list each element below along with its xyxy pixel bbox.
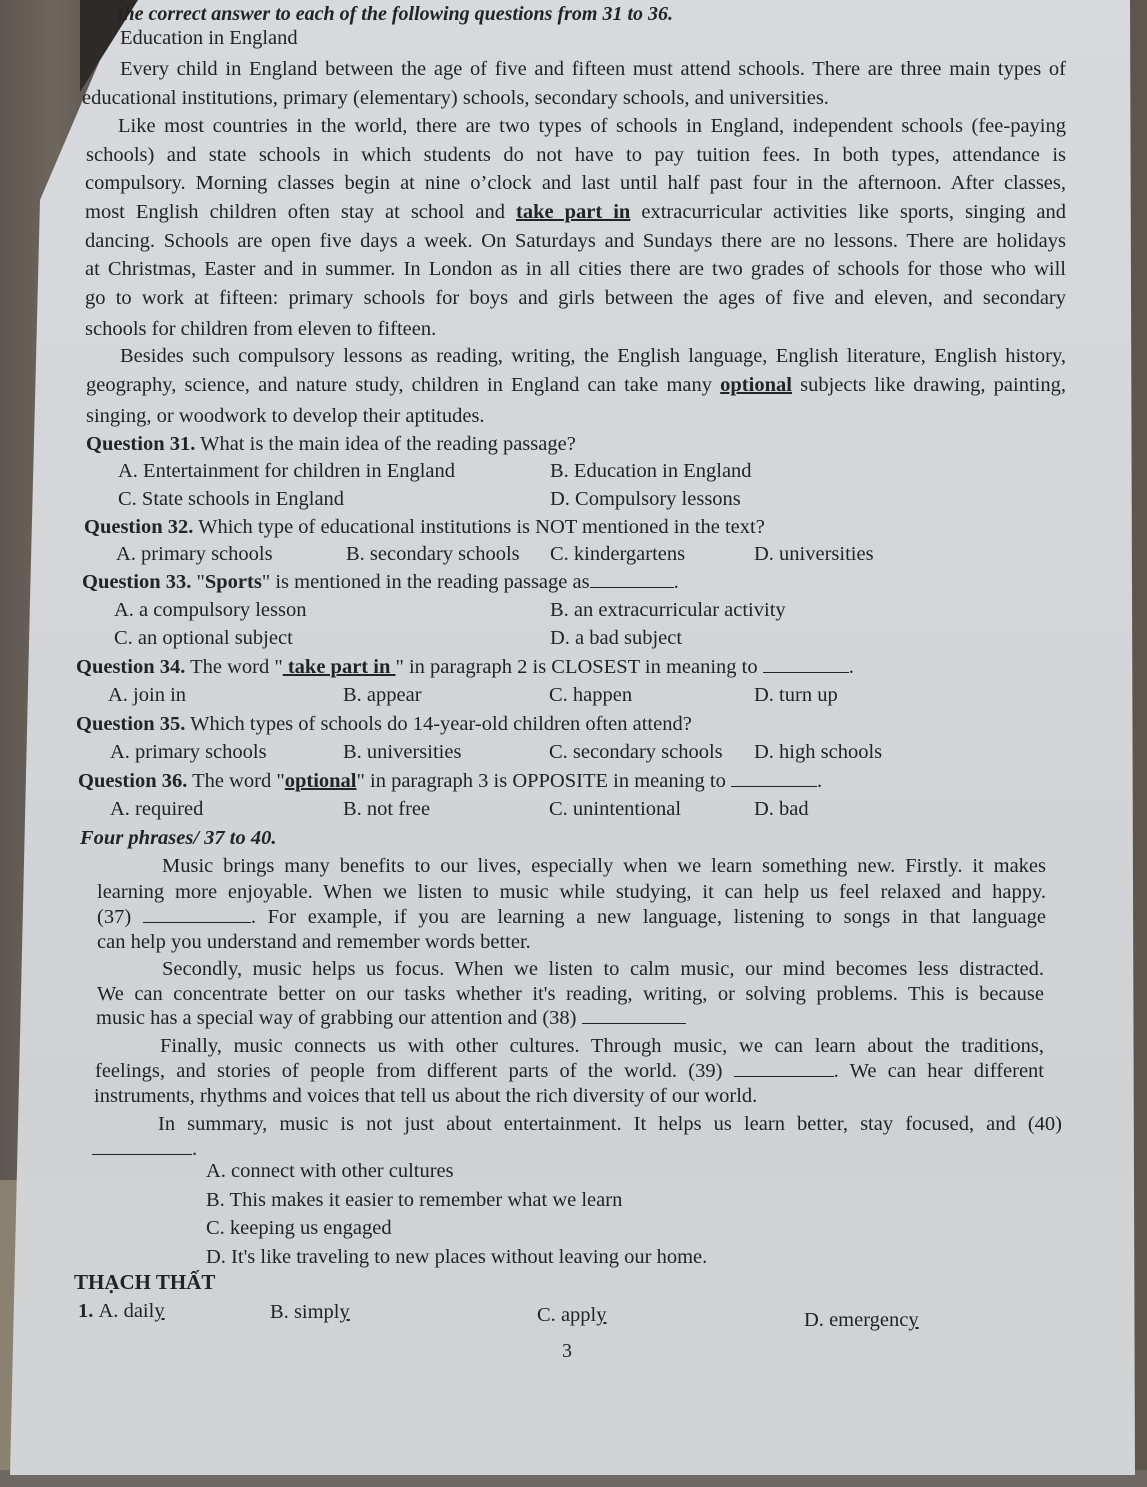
s2-line-38: music has a special way of grabbing our …: [96, 1006, 686, 1030]
s2-line: Music brings many benefits to our lives,…: [162, 854, 1046, 878]
question-31: Question 31. What is the main idea of th…: [86, 432, 576, 456]
optional-underlined: optional: [720, 374, 792, 396]
q33-option-c[interactable]: C. an optional subject: [114, 626, 293, 650]
q31-option-a[interactable]: A. Entertainment for children in England: [118, 459, 455, 483]
q33-option-d[interactable]: D. a bad subject: [550, 626, 682, 650]
blank-38[interactable]: [582, 1007, 686, 1024]
q34-option-a[interactable]: A. join in: [108, 683, 186, 707]
section3-title: THẠCH THẤT: [74, 1270, 215, 1294]
answer-blank: [590, 571, 674, 588]
s3-q1-option-b[interactable]: B. simply: [270, 1300, 350, 1324]
p2-line: compulsory. Morning classes begin at nin…: [85, 171, 1066, 195]
p1-line: educational institutions, primary (eleme…: [82, 86, 829, 110]
p2-line: dancing. Schools are open five days a we…: [85, 229, 1066, 253]
q36-option-a[interactable]: A. required: [110, 797, 203, 821]
blank-39[interactable]: [734, 1060, 834, 1077]
answer-blank: [763, 656, 849, 673]
s3-q1-option-c[interactable]: C. apply: [537, 1303, 606, 1327]
q34-option-b[interactable]: B. appear: [343, 683, 422, 707]
q36-option-c[interactable]: C. unintentional: [549, 797, 681, 821]
p3-line: singing, or woodwork to develop their ap…: [86, 404, 485, 428]
blank-40[interactable]: [92, 1138, 192, 1155]
s2-line: can help you understand and remember wor…: [97, 930, 531, 954]
s2-option-b[interactable]: B. This makes it easier to remember what…: [206, 1188, 622, 1212]
q31-option-c[interactable]: C. State schools in England: [118, 487, 344, 511]
s2-line: In summary, music is not just about ente…: [158, 1112, 1062, 1136]
p1-line: Every child in England between the age o…: [120, 57, 1066, 81]
q36-option-b[interactable]: B. not free: [343, 797, 430, 821]
page-number: 3: [562, 1340, 572, 1363]
question-34: Question 34. The word " take part in " i…: [76, 655, 854, 679]
q35-option-b[interactable]: B. universities: [343, 740, 461, 764]
s3-q1-option-d[interactable]: D. emergency: [804, 1308, 919, 1332]
q31-option-b[interactable]: B. Education in England: [550, 459, 752, 483]
question-33: Question 33. "Sports" is mentioned in th…: [82, 570, 679, 594]
q34-option-c[interactable]: C. happen: [549, 683, 632, 707]
question-36: Question 36. The word "optional" in para…: [78, 769, 822, 793]
s2-line-37: (37) . For example, if you are learning …: [97, 905, 1046, 929]
p3-line-optional: geography, science, and nature study, ch…: [86, 373, 1066, 397]
p2-line: schools) and state schools in which stud…: [86, 143, 1066, 167]
q36-option-d[interactable]: D. bad: [754, 797, 809, 821]
question-32: Question 32. Which type of educational i…: [84, 515, 765, 539]
q31-option-d[interactable]: D. Compulsory lessons: [550, 487, 741, 511]
blank-37[interactable]: [143, 906, 251, 923]
header-instruction: the correct answer to each of the follow…: [118, 2, 673, 26]
s2-option-a[interactable]: A. connect with other cultures: [206, 1159, 454, 1183]
s2-line: learning more enjoyable. When we listen …: [97, 880, 1046, 904]
q32-option-b[interactable]: B. secondary schools: [346, 542, 520, 566]
q34-option-d[interactable]: D. turn up: [754, 683, 838, 707]
section2-title: Four phrases/ 37 to 40.: [80, 826, 277, 850]
p2-line: schools for children from eleven to fift…: [85, 317, 436, 341]
answer-blank: [731, 770, 817, 787]
s3-q1-option-a[interactable]: 1. A. daily: [78, 1299, 165, 1323]
q32-option-a[interactable]: A. primary schools: [116, 542, 273, 566]
take-part-in-underlined: take part in: [516, 201, 630, 223]
q35-option-d[interactable]: D. high schools: [754, 740, 882, 764]
s2-line: We can concentrate better on our tasks w…: [97, 982, 1044, 1006]
q32-option-c[interactable]: C. kindergartens: [550, 542, 685, 566]
s2-line: Secondly, music helps us focus. When we …: [162, 957, 1044, 981]
s2-option-c[interactable]: C. keeping us engaged: [206, 1216, 392, 1240]
s2-line: Finally, music connects us with other cu…: [160, 1034, 1044, 1058]
p2-line: go to work at fifteen: primary schools f…: [85, 286, 1066, 310]
q35-option-c[interactable]: C. secondary schools: [549, 740, 723, 764]
q35-option-a[interactable]: A. primary schools: [110, 740, 267, 764]
p2-line-take-part-in: most English children often stay at scho…: [85, 200, 1066, 224]
passage-title: Education in England: [120, 26, 298, 50]
q33-option-a[interactable]: A. a compulsory lesson: [114, 598, 306, 622]
p3-line: Besides such compulsory lessons as readi…: [120, 344, 1066, 368]
s2-option-d[interactable]: D. It's like traveling to new places wit…: [206, 1245, 707, 1269]
p2-line: at Christmas, Easter and in summer. In L…: [85, 257, 1066, 281]
q32-option-d[interactable]: D. universities: [754, 542, 874, 566]
worksheet-page: the correct answer to each of the follow…: [0, 0, 1147, 1487]
q33-option-b[interactable]: B. an extracurricular activity: [550, 598, 786, 622]
s2-line-40: .: [92, 1137, 197, 1161]
p2-line: Like most countries in the world, there …: [118, 114, 1066, 138]
question-35: Question 35. Which types of schools do 1…: [76, 712, 692, 736]
s2-line: instruments, rhythms and voices that tel…: [94, 1084, 757, 1108]
s2-line-39: feelings, and stories of people from dif…: [95, 1059, 1044, 1083]
